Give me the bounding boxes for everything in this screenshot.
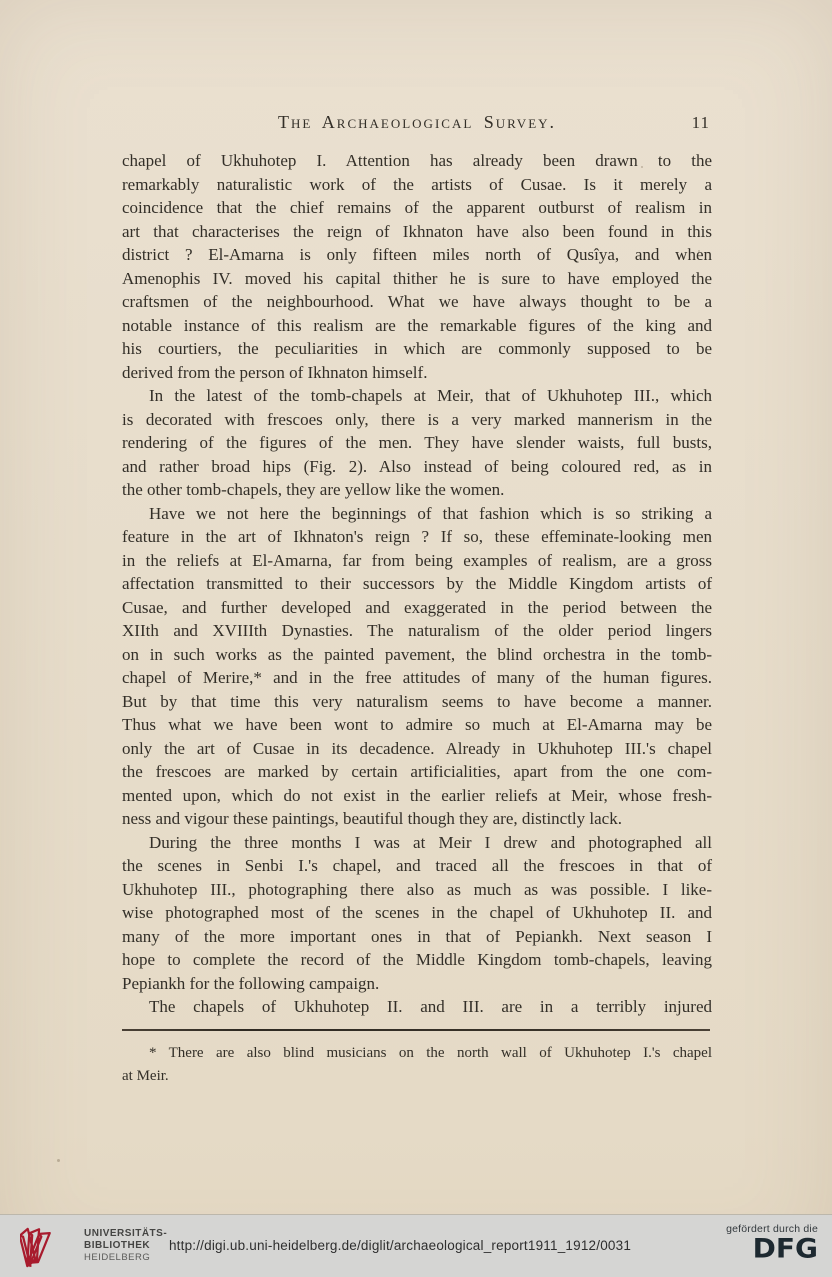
- text-line: coincidence that the chief remains of th…: [122, 196, 712, 220]
- text-line: is decorated with frescoes only, there i…: [122, 408, 712, 432]
- text-line: remarkably naturalistic work of the arti…: [122, 173, 712, 197]
- text-line: Cusae, and further developed and exagger…: [122, 596, 712, 620]
- text-line: his courtiers, the peculiarities in whic…: [122, 337, 712, 361]
- text-line: chapel of Ukhuhotep I. Attention has alr…: [122, 149, 712, 173]
- body-text: chapel of Ukhuhotep I. Attention has alr…: [122, 149, 712, 1019]
- text-line: and rather broad hips (Fig. 2). Also ins…: [122, 455, 712, 479]
- paper-speckle: [57, 1159, 60, 1162]
- text-line: affectation transmitted to their success…: [122, 572, 712, 596]
- text-line: derived from the person of Ikhnaton hims…: [122, 361, 712, 385]
- text-line: rendering of the figures of the men. The…: [122, 431, 712, 455]
- text-line: In the latest of the tomb-chapels at Mei…: [122, 384, 712, 408]
- text-line: * There are also blind musicians on the …: [122, 1042, 712, 1065]
- digitized-page-url: http://digi.ub.uni-heidelberg.de/diglit/…: [130, 1238, 670, 1253]
- footnote: * There are also blind musicians on the …: [122, 1042, 712, 1088]
- text-line: Have we not here the beginnings of that …: [122, 502, 712, 526]
- fanned-books-icon: [20, 1222, 72, 1270]
- text-line: Amenophis IV. moved his capital thither …: [122, 267, 712, 291]
- text-line: Thus what we have been wont to admire so…: [122, 713, 712, 737]
- text-line: art that characterises the reign of Ikhn…: [122, 220, 712, 244]
- text-line: district ? El-Amarna is only fifteen mil…: [122, 243, 712, 267]
- text-line: the scenes in Senbi I.'s chapel, and tra…: [122, 854, 712, 878]
- text-line: Pepiankh for the following campaign.: [122, 972, 712, 996]
- text-line: During the three months I was at Meir I …: [122, 831, 712, 855]
- text-line: in the reliefs at El-Amarna, far from be…: [122, 549, 712, 573]
- dfg-logo: DFG: [726, 1237, 818, 1262]
- library-footer-bar: UNIVERSITÄTS- BIBLIOTHEK HEIDELBERG http…: [0, 1214, 832, 1277]
- text-line: on in such works as the painted pavement…: [122, 643, 712, 667]
- text-line: craftsmen of the neighbourhood. What we …: [122, 290, 712, 314]
- text-line: But by that time this very naturalism se…: [122, 690, 712, 714]
- text-line: only the art of Cusae in its decadence. …: [122, 737, 712, 761]
- text-line: many of the more important ones in that …: [122, 925, 712, 949]
- text-line: at Meir.: [122, 1065, 712, 1088]
- text-line: notable instance of this realism are the…: [122, 314, 712, 338]
- text-line: feature in the art of Ikhnaton's reign ?…: [122, 525, 712, 549]
- text-line: ness and vigour these paintings, beautif…: [122, 807, 712, 831]
- text-line: XIIth and XVIIIth Dynasties. The natural…: [122, 619, 712, 643]
- dfg-funding-block: gefördert durch die DFG: [726, 1223, 818, 1262]
- text-line: hope to complete the record of the Middl…: [122, 948, 712, 972]
- page-number: 11: [692, 113, 710, 133]
- footnote-divider: [122, 1029, 710, 1031]
- text-line: Ukhuhotep III., photographing there also…: [122, 878, 712, 902]
- text-line: chapel of Merire,* and in the free attit…: [122, 666, 712, 690]
- library-name-line3: HEIDELBERG: [84, 1252, 167, 1264]
- text-line: wise photographed most of the scenes in …: [122, 901, 712, 925]
- running-head: The Archaeological Survey. 11: [122, 112, 712, 134]
- text-line: The chapels of Ukhuhotep II. and III. ar…: [122, 995, 712, 1019]
- page-title: The Archaeological Survey.: [122, 112, 712, 133]
- text-line: the other tomb-chapels, they are yellow …: [122, 478, 712, 502]
- text-line: mented upon, which do not exist in the e…: [122, 784, 712, 808]
- text-line: the frescoes are marked by certain artif…: [122, 760, 712, 784]
